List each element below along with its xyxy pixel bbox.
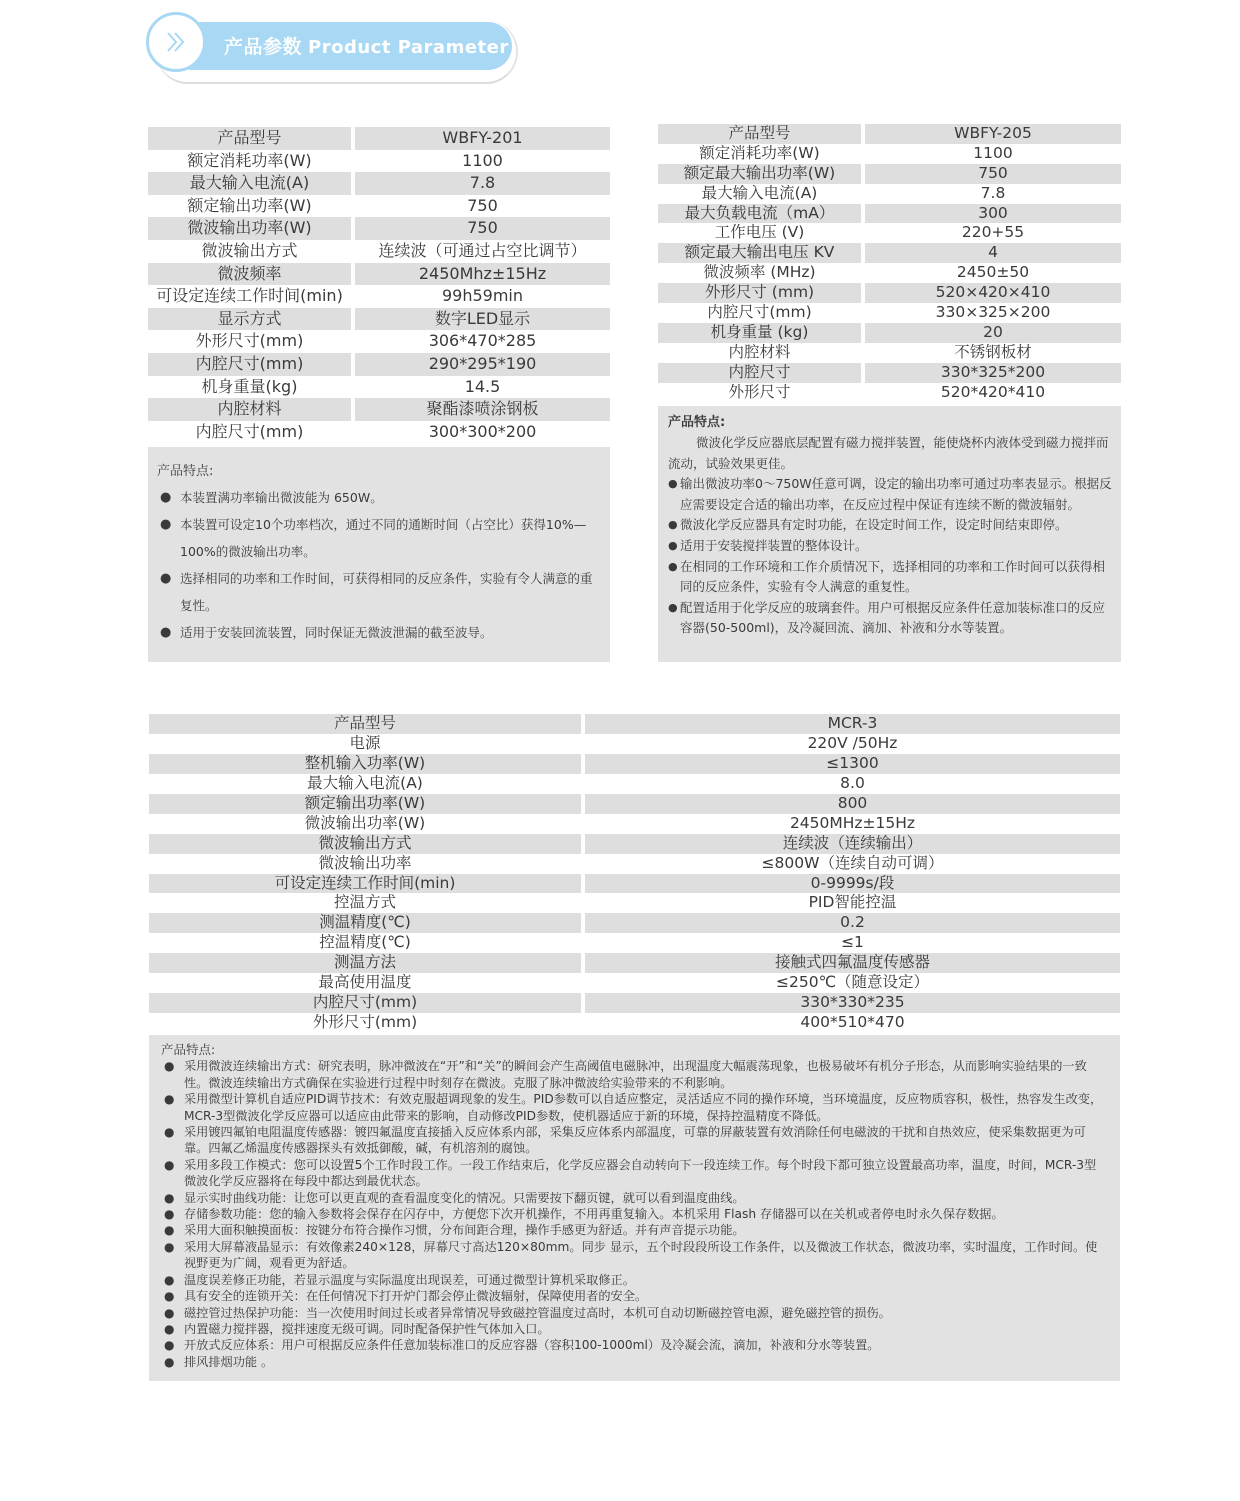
bullet-icon: ● [160, 484, 171, 511]
param-value: PID智能控温 [585, 893, 1120, 913]
param-name: 微波输出方式 [149, 834, 581, 854]
feature-text: 采用微型计算机自适应PID调节技术：有效克服超调现象的发生。PID参数可以自适应… [184, 1092, 1102, 1122]
param-name: 内腔尺寸(mm) [148, 353, 351, 376]
table-row: 内腔材料不锈钢板材 [658, 343, 1121, 363]
table-row: 可设定连续工作时间(min)99h59min [148, 285, 610, 308]
param-name: 内腔尺寸(mm) [149, 993, 581, 1013]
table-row: 机身重量(kg)14.5 [148, 376, 610, 399]
param-name: 外形尺寸 (mm) [658, 283, 861, 303]
feature-item: ●显示实时曲线功能：让您可以更直观的查看温度变化的情况。只需要按下翻页键，就可以… [161, 1190, 1108, 1206]
spec-table-wbfy-201: 产品型号WBFY-201额定消耗功率(W)1100最大输入电流(A)7.8额定输… [148, 127, 610, 443]
bullet-icon: ● [164, 1321, 174, 1337]
section-title: 产品参数Product Parameter [224, 32, 509, 59]
feature-item: ●选择相同的功率和工作时间，可获得相同的反应条件，实验有令人满意的重复性。 [157, 565, 600, 619]
param-value: 2450MHz±15Hz [585, 814, 1120, 834]
feature-item: ●采用大屏幕液晶显示：有效像素240×128，屏幕尺寸高达120×80mm。同步… [161, 1239, 1108, 1272]
param-name: 微波频率 (MHz) [658, 263, 861, 283]
param-name: 内腔尺寸(mm) [148, 421, 351, 444]
param-value: 7.8 [355, 172, 610, 195]
param-value: 330×325×200 [865, 303, 1121, 323]
features-title: 产品特点: [157, 460, 600, 479]
param-value: 连续波（可通过占空比调节） [355, 240, 610, 263]
table-row: 最大输入电流(A)8.0 [149, 774, 1120, 794]
param-value: 300*300*200 [355, 421, 610, 444]
feature-item: ●采用微型计算机自适应PID调节技术：有效克服超调现象的发生。PID参数可以自适… [161, 1091, 1108, 1124]
param-name: 产品型号 [149, 714, 581, 734]
param-name: 外形尺寸 [658, 383, 861, 403]
feature-text: 适用于安装搅拌装置的整体设计。 [680, 538, 868, 553]
feature-item: ●内置磁力搅拌器，搅拌速度无级可调。同时配备保护性气体加入口。 [161, 1321, 1108, 1337]
param-value: 连续波（连续输出） [585, 834, 1120, 854]
param-name: 测温精度(℃) [149, 913, 581, 933]
table-row: 最大输入电流(A)7.8 [658, 184, 1121, 204]
param-name: 机身重量(kg) [148, 376, 351, 399]
table-row: 额定最大输出功率(W)750 [658, 164, 1121, 184]
feature-text: 温度误差修正功能，若显示温度与实际温度出现误差，可通过微型计算机采取修正。 [184, 1273, 635, 1287]
table-row: 控温精度(℃)≤1 [149, 933, 1120, 953]
param-value: 0-9999s/段 [585, 874, 1120, 894]
feature-item: ●适用于安装搅拌装置的整体设计。 [668, 536, 1113, 557]
param-value: ≤800W（连续自动可调） [585, 854, 1120, 874]
param-value: 4 [865, 243, 1121, 263]
param-value: 750 [355, 195, 610, 218]
table-row: 最大负载电流（mA）300 [658, 204, 1121, 224]
features-box-wbfy-201: 产品特点: ●本装置满功率输出微波能为 650W。●本装置可设定10个功率档次，… [148, 447, 610, 662]
param-value: WBFY-201 [355, 127, 610, 150]
table-row: 测温精度(℃)0.2 [149, 913, 1120, 933]
bullet-icon: ● [164, 1337, 174, 1353]
table-row: 机身重量 (kg)20 [658, 323, 1121, 343]
bullet-icon: ● [668, 557, 678, 578]
param-value: 聚酯漆喷涂钢板 [355, 398, 610, 421]
table-row: 内腔尺寸(mm)330*330*235 [149, 993, 1120, 1013]
param-value: 7.8 [865, 184, 1121, 204]
param-name: 额定输出功率(W) [149, 794, 581, 814]
param-name: 内腔材料 [148, 398, 351, 421]
feature-text: 开放式反应体系：用户可根据反应条件任意加装标准口的反应容器（容积100-1000… [184, 1338, 880, 1352]
features-box-wbfy-205: 产品特点: 微波化学反应器底层配置有磁力搅拌装置，能使烧杯内液体受到磁力搅拌而流… [658, 406, 1121, 662]
table-row: 微波频率2450Mhz±15Hz [148, 263, 610, 286]
param-value: 750 [865, 164, 1121, 184]
param-name: 可设定连续工作时间(min) [149, 874, 581, 894]
param-name: 内腔材料 [658, 343, 861, 363]
param-name: 最大负载电流（mA） [658, 204, 861, 224]
features-list: ●输出微波功率0～750W任意可调，设定的输出功率可通过功率表显示。根据反应需要… [668, 474, 1113, 639]
param-name: 可设定连续工作时间(min) [148, 285, 351, 308]
param-value: MCR-3 [585, 714, 1120, 734]
table-row: 最高使用温度≤250℃（随意设定） [149, 973, 1120, 993]
table-row: 内腔尺寸330*325*200 [658, 363, 1121, 383]
bullet-icon: ● [668, 474, 678, 495]
param-name: 额定消耗功率(W) [658, 144, 861, 164]
table-row: 电源220V /50Hz [149, 734, 1120, 754]
param-name: 最大输入电流(A) [658, 184, 861, 204]
feature-text: 采用多段工作模式：您可以设置5个工作时段工作。一段工作结束后，化学反应器会自动转… [184, 1158, 1096, 1188]
table-row: 额定输出功率(W)800 [149, 794, 1120, 814]
param-value: 99h59min [355, 285, 610, 308]
param-value: 750 [355, 217, 610, 240]
bullet-icon: ● [164, 1124, 174, 1140]
bullet-icon: ● [164, 1222, 174, 1238]
banner-circle [146, 12, 206, 72]
feature-text: 采用大屏幕液晶显示：有效像素240×128，屏幕尺寸高达120×80mm。同步 … [184, 1240, 1097, 1270]
param-value: 400*510*470 [585, 1013, 1120, 1033]
bullet-icon: ● [164, 1305, 174, 1321]
table-row: 微波输出功率(W)2450MHz±15Hz [149, 814, 1120, 834]
feature-item: ●采用大面积触摸面板：按键分布符合操作习惯，分布间距合理，操作手感更为舒适。并有… [161, 1222, 1108, 1238]
feature-item: ●本装置可设定10个功率档次，通过不同的通断时间（占空比）获得10%—100%的… [157, 511, 600, 565]
param-name: 内腔尺寸(mm) [658, 303, 861, 323]
param-name: 外形尺寸(mm) [148, 330, 351, 353]
table-row: 微波输出功率≤800W（连续自动可调） [149, 854, 1120, 874]
table-row: 工作电压 (V)220+55 [658, 223, 1121, 243]
param-value: ≤250℃（随意设定） [585, 973, 1120, 993]
param-value: 8.0 [585, 774, 1120, 794]
feature-item: ●本装置满功率输出微波能为 650W。 [157, 484, 600, 511]
feature-text: 内置磁力搅拌器，搅拌速度无级可调。同时配备保护性气体加入口。 [184, 1322, 550, 1336]
param-name: 微波输出功率 [149, 854, 581, 874]
feature-item: ●存储参数功能：您的输入参数将会保存在闪存中，方便您下次开机操作，不用再重复输入… [161, 1206, 1108, 1222]
table-row: 产品型号MCR-3 [149, 714, 1120, 734]
table-row: 微波输出方式连续波（可通过占空比调节） [148, 240, 610, 263]
param-value: 290*295*190 [355, 353, 610, 376]
table-row: 微波输出功率(W)750 [148, 217, 610, 240]
param-value: 520*420*410 [865, 383, 1121, 403]
feature-text: 存储参数功能：您的输入参数将会保存在闪存中，方便您下次开机操作，不用再重复输入。… [184, 1207, 1004, 1221]
feature-text: 磁控管过热保护功能：当一次使用时间过长或者异常情况导致磁控管温度过高时，本机可自… [184, 1306, 891, 1320]
table-row: 微波输出方式连续波（连续输出） [149, 834, 1120, 854]
param-value: 0.2 [585, 913, 1120, 933]
param-value: 306*470*285 [355, 330, 610, 353]
bullet-icon: ● [160, 511, 171, 538]
param-value: 14.5 [355, 376, 610, 399]
feature-text: 显示实时曲线功能：让您可以更直观的查看温度变化的情况。只需要按下翻页键，就可以看… [184, 1191, 745, 1205]
param-name: 内腔尺寸 [658, 363, 861, 383]
double-chevron-right-icon [161, 27, 191, 57]
feature-text: 本装置满功率输出微波能为 650W。 [180, 490, 383, 505]
table-row: 额定消耗功率(W)1100 [658, 144, 1121, 164]
bullet-icon: ● [160, 619, 171, 646]
feature-item: ●配置适用于化学反应的玻璃套件。用户可根据反应条件任意加装标准口的反应容器(50… [668, 598, 1113, 639]
param-name: 微波输出功率(W) [149, 814, 581, 834]
feature-text: 配置适用于化学反应的玻璃套件。用户可根据反应条件任意加装标准口的反应容器(50-… [680, 600, 1105, 636]
feature-text: 具有安全的连锁开关：在任何情况下打开炉门都会停止微波辐射，保障使用者的安全。 [184, 1289, 647, 1303]
param-value: 800 [585, 794, 1120, 814]
param-name: 电源 [149, 734, 581, 754]
features-list: ●本装置满功率输出微波能为 650W。●本装置可设定10个功率档次，通过不同的通… [157, 484, 600, 646]
param-value: 1100 [865, 144, 1121, 164]
features-title: 产品特点: [161, 1042, 1108, 1058]
table-row: 额定输出功率(W)750 [148, 195, 610, 218]
table-row: 测温方法接触式四氟温度传感器 [149, 953, 1120, 973]
feature-item: ●适用于安装回流装置，同时保证无微波泄漏的截至波导。 [157, 619, 600, 646]
feature-item: ●磁控管过热保护功能：当一次使用时间过长或者异常情况导致磁控管温度过高时，本机可… [161, 1305, 1108, 1321]
param-name: 测温方法 [149, 953, 581, 973]
param-name: 微波输出功率(W) [148, 217, 351, 240]
bullet-icon: ● [164, 1058, 174, 1074]
bullet-icon: ● [164, 1190, 174, 1206]
table-row: 微波频率 (MHz)2450±50 [658, 263, 1121, 283]
bullet-icon: ● [164, 1157, 174, 1173]
param-name: 额定消耗功率(W) [148, 150, 351, 173]
feature-item: ●微波化学反应器具有定时功能，在设定时间工作，设定时间结束即停。 [668, 515, 1113, 536]
table-row: 产品型号WBFY-201 [148, 127, 610, 150]
table-row: 可设定连续工作时间(min)0-9999s/段 [149, 874, 1120, 894]
feature-text: 采用大面积触摸面板：按键分布符合操作习惯，分布间距合理，操作手感更为舒适。并有声… [184, 1223, 745, 1237]
table-row: 产品型号WBFY-205 [658, 124, 1121, 144]
table-row: 整机输入功率(W)≤1300 [149, 754, 1120, 774]
table-row: 显示方式数字LED显示 [148, 308, 610, 331]
table-row: 内腔材料聚酯漆喷涂钢板 [148, 398, 610, 421]
spec-table-wbfy-205: 产品型号WBFY-205额定消耗功率(W)1100额定最大输出功率(W)750最… [658, 124, 1121, 402]
feature-item: ●输出微波功率0～750W任意可调，设定的输出功率可通过功率表显示。根据反应需要… [668, 474, 1113, 515]
param-value: 数字LED显示 [355, 308, 610, 331]
table-row: 外形尺寸 (mm)520×420×410 [658, 283, 1121, 303]
table-row: 内腔尺寸(mm)290*295*190 [148, 353, 610, 376]
param-value: 接触式四氟温度传感器 [585, 953, 1120, 973]
feature-text: 微波化学反应器具有定时功能，在设定时间工作，设定时间结束即停。 [680, 517, 1068, 532]
param-value: 220V /50Hz [585, 734, 1120, 754]
param-name: 最大输入电流(A) [149, 774, 581, 794]
bullet-icon: ● [164, 1288, 174, 1304]
feature-item: ●在相同的工作环境和工作介质情况下，选择相同的功率和工作时间可以获得相同的反应条… [668, 557, 1113, 598]
section-header-banner: 产品参数Product Parameter [146, 12, 518, 76]
param-value: 20 [865, 323, 1121, 343]
feature-text: 适用于安装回流装置，同时保证无微波泄漏的截至波导。 [180, 625, 493, 640]
param-value: WBFY-205 [865, 124, 1121, 144]
param-name: 外形尺寸(mm) [149, 1013, 581, 1033]
param-value: ≤1300 [585, 754, 1120, 774]
bullet-icon: ● [164, 1206, 174, 1222]
feature-text: 本装置可设定10个功率档次，通过不同的通断时间（占空比）获得10%—100%的微… [180, 517, 586, 559]
param-name: 微波输出方式 [148, 240, 351, 263]
features-intro: 微波化学反应器底层配置有磁力搅拌装置，能使烧杯内液体受到磁力搅拌而流动，试验效果… [668, 433, 1113, 474]
feature-item: ●温度误差修正功能，若显示温度与实际温度出现误差，可通过微型计算机采取修正。 [161, 1272, 1108, 1288]
bullet-icon: ● [668, 536, 678, 557]
bullet-icon: ● [164, 1239, 174, 1255]
param-value: 2450Mhz±15Hz [355, 263, 610, 286]
table-row: 内腔尺寸(mm)300*300*200 [148, 421, 610, 444]
param-value: 330*325*200 [865, 363, 1121, 383]
feature-text: 在相同的工作环境和工作介质情况下，选择相同的功率和工作时间可以获得相同的反应条件… [680, 559, 1105, 595]
bullet-icon: ● [164, 1354, 174, 1370]
table-row: 内腔尺寸(mm)330×325×200 [658, 303, 1121, 323]
feature-item: ●排风排烟功能 。 [161, 1354, 1108, 1370]
bullet-icon: ● [668, 515, 678, 536]
param-value: 300 [865, 204, 1121, 224]
table-row: 外形尺寸520*420*410 [658, 383, 1121, 403]
feature-item: ●采用多段工作模式：您可以设置5个工作时段工作。一段工作结束后，化学反应器会自动… [161, 1157, 1108, 1190]
features-box-mcr-3: 产品特点: ●采用微波连续输出方式：研究表明，脉冲微波在“开”和“关”的瞬间会产… [149, 1035, 1120, 1381]
bullet-icon: ● [668, 598, 678, 619]
param-value: 1100 [355, 150, 610, 173]
param-name: 最大输入电流(A) [148, 172, 351, 195]
table-row: 控温方式PID智能控温 [149, 893, 1120, 913]
param-name: 额定最大输出功率(W) [658, 164, 861, 184]
param-name: 工作电压 (V) [658, 223, 861, 243]
feature-text: 采用微波连续输出方式：研究表明，脉冲微波在“开”和“关”的瞬间会产生高阈值电磁脉… [184, 1059, 1087, 1089]
feature-text: 采用镀四氟铂电阻温度传感器：镀四氟温度直接插入反应体系内部，采集反应体系内部温度… [184, 1125, 1086, 1155]
table-row: 最大输入电流(A)7.8 [148, 172, 610, 195]
param-name: 最高使用温度 [149, 973, 581, 993]
param-name: 控温方式 [149, 893, 581, 913]
param-value: 不锈钢板材 [865, 343, 1121, 363]
table-row: 额定最大输出电压 KV4 [658, 243, 1121, 263]
param-name: 产品型号 [658, 124, 861, 144]
param-name: 机身重量 (kg) [658, 323, 861, 343]
param-name: 额定最大输出电压 KV [658, 243, 861, 263]
feature-item: ●具有安全的连锁开关：在任何情况下打开炉门都会停止微波辐射，保障使用者的安全。 [161, 1288, 1108, 1304]
param-name: 额定输出功率(W) [148, 195, 351, 218]
feature-item: ●采用镀四氟铂电阻温度传感器：镀四氟温度直接插入反应体系内部，采集反应体系内部温… [161, 1124, 1108, 1157]
feature-item: ●采用微波连续输出方式：研究表明，脉冲微波在“开”和“关”的瞬间会产生高阈值电磁… [161, 1058, 1108, 1091]
bullet-icon: ● [164, 1272, 174, 1288]
param-name: 整机输入功率(W) [149, 754, 581, 774]
features-title: 产品特点: [668, 412, 1113, 433]
param-name: 微波频率 [148, 263, 351, 286]
param-name: 控温精度(℃) [149, 933, 581, 953]
features-list: ●采用微波连续输出方式：研究表明，脉冲微波在“开”和“关”的瞬间会产生高阈值电磁… [161, 1058, 1108, 1370]
section-title-cn: 产品参数 [224, 36, 302, 58]
table-row: 外形尺寸(mm)400*510*470 [149, 1013, 1120, 1033]
spec-table-mcr-3: 产品型号MCR-3电源220V /50Hz整机输入功率(W)≤1300最大输入电… [149, 714, 1120, 1033]
param-name: 显示方式 [148, 308, 351, 331]
param-value: 520×420×410 [865, 283, 1121, 303]
param-name: 产品型号 [148, 127, 351, 150]
param-value: 220+55 [865, 223, 1121, 243]
bullet-icon: ● [164, 1091, 174, 1107]
param-value: 330*330*235 [585, 993, 1120, 1013]
table-row: 额定消耗功率(W)1100 [148, 150, 610, 173]
feature-text: 选择相同的功率和工作时间，可获得相同的反应条件，实验有令人满意的重复性。 [180, 571, 593, 613]
section-title-en: Product Parameter [308, 37, 509, 58]
table-row: 外形尺寸(mm)306*470*285 [148, 330, 610, 353]
param-value: ≤1 [585, 933, 1120, 953]
feature-item: ●开放式反应体系：用户可根据反应条件任意加装标准口的反应容器（容积100-100… [161, 1337, 1108, 1353]
feature-text: 排风排烟功能 。 [184, 1355, 273, 1369]
feature-text: 输出微波功率0～750W任意可调，设定的输出功率可通过功率表显示。根据反应需要设… [680, 476, 1112, 512]
bullet-icon: ● [160, 565, 171, 592]
param-value: 2450±50 [865, 263, 1121, 283]
